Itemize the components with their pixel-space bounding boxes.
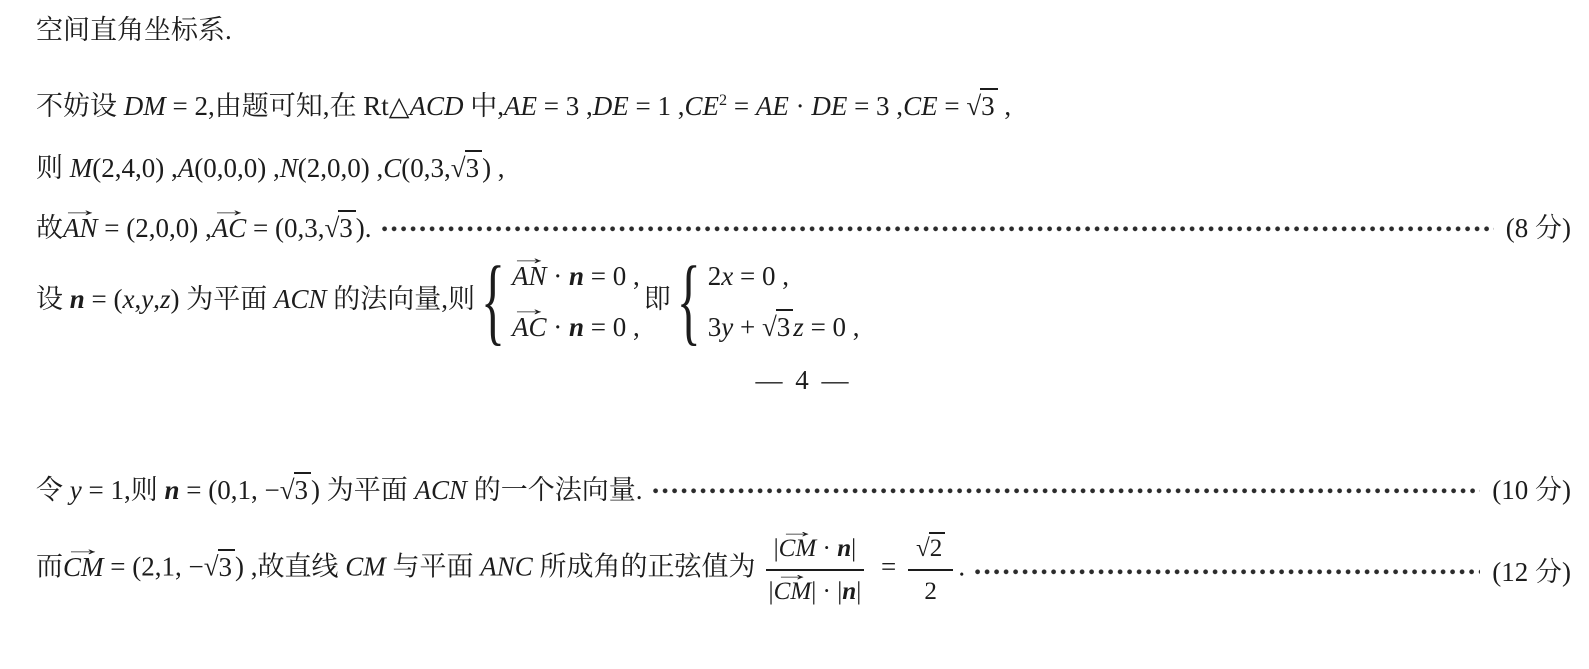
radical-sign: √ bbox=[204, 552, 218, 582]
text-run: ) , bbox=[482, 153, 505, 183]
math-variable: CE bbox=[684, 91, 719, 121]
sqrt-expression: √3 bbox=[451, 150, 482, 183]
text-run: = bbox=[938, 91, 967, 121]
math-variable: DE bbox=[593, 91, 629, 121]
vector-arrow-icon: → bbox=[509, 300, 550, 319]
math-variable: ACD bbox=[410, 91, 464, 121]
math-vector: →CM bbox=[774, 576, 812, 607]
math-vector: →AC bbox=[512, 312, 547, 343]
text-run: = 0 , bbox=[584, 261, 640, 291]
line-normal-vector-result-10pts: 令 y = 1,则 n = (0,1, −√3) 为平面 ACN 的一个法向量.… bbox=[36, 468, 1571, 507]
line-sine-result-12pts: 而→CM = (2,1, −√3) ,故直线 CM 与平面 ANC 所成角的正弦… bbox=[36, 531, 1571, 608]
text-run: ). bbox=[356, 213, 372, 243]
text-run: (0,0,0) , bbox=[194, 153, 279, 183]
math-bold-variable: n bbox=[837, 535, 851, 562]
vector-arrow-icon: → bbox=[773, 565, 811, 583]
math-variable: A bbox=[178, 153, 195, 183]
text-run: 而 bbox=[36, 552, 63, 582]
text-run: ) ,故直线 bbox=[235, 552, 345, 582]
radical-sign: √ bbox=[966, 91, 980, 121]
text-run: = (0,3, bbox=[246, 213, 324, 243]
text-run: , bbox=[998, 91, 1012, 121]
score-marker: (8 分) bbox=[1506, 206, 1571, 245]
math-bold-variable: n bbox=[842, 578, 856, 605]
dotted-leader bbox=[382, 226, 1494, 232]
text-run: = (2,1, − bbox=[104, 552, 204, 582]
math-variable: y bbox=[70, 475, 82, 505]
text-run: 的法向量,则 bbox=[327, 284, 476, 314]
score-marker: (12 分) bbox=[1492, 550, 1571, 589]
math-variable: x bbox=[123, 284, 135, 314]
text-run: · bbox=[547, 261, 570, 291]
line-vectors-8pts: 故→AN = (2,0,0) ,→AC = (0,3,√3).(8 分) bbox=[36, 206, 1571, 245]
text-run: | · | bbox=[811, 578, 842, 605]
text-run: 中, bbox=[464, 91, 505, 121]
fraction-denominator: 2 bbox=[916, 571, 945, 607]
text-run: (2,0,0) , bbox=[298, 153, 383, 183]
radicand: 2 bbox=[929, 532, 946, 562]
text-run: = 0 , bbox=[804, 312, 860, 342]
vector-arrow-icon: → bbox=[60, 201, 101, 220]
sqrt-expression: √3 bbox=[762, 309, 793, 342]
radicand: 3 bbox=[294, 472, 312, 505]
line-content: 令 y = 1,则 n = (0,1, −√3) 为平面 ACN 的一个法向量. bbox=[36, 468, 643, 507]
radicand: 3 bbox=[776, 309, 794, 342]
math-variable: z bbox=[793, 312, 804, 342]
line-content: 不妨设 DM = 2,由题可知,在 Rt△ACD 中,AE = 3 ,DE = … bbox=[36, 84, 1011, 123]
text-run: · bbox=[816, 535, 837, 562]
text-run: = 3 , bbox=[537, 91, 593, 121]
superscript: 2 bbox=[719, 91, 727, 109]
score-marker: (10 分) bbox=[1492, 468, 1571, 507]
math-vector: →CM bbox=[779, 533, 817, 564]
math-variable: DM bbox=[124, 91, 166, 121]
equation-row: →AC · n = 0 , bbox=[512, 312, 640, 343]
math-vector: →CM bbox=[63, 552, 104, 583]
sqrt-expression: √3 bbox=[324, 210, 355, 243]
text-run: = 2,由题可知,在 Rt△ bbox=[166, 91, 410, 121]
radicand: 3 bbox=[465, 150, 483, 183]
text-run: = ( bbox=[85, 284, 123, 314]
text-run: 令 bbox=[36, 475, 70, 505]
text-run: = 1,则 bbox=[82, 475, 165, 505]
equation-rows: 2x = 0 ,3y + √3z = 0 , bbox=[708, 261, 860, 343]
sqrt-expression: √3 bbox=[280, 472, 311, 505]
text-run: = 3 , bbox=[847, 91, 903, 121]
math-bold-variable: n bbox=[569, 312, 584, 342]
text-run: = 0 , bbox=[584, 312, 640, 342]
document-page: 空间直角坐标系.不妨设 DM = 2,由题可知,在 Rt△ACD 中,AE = … bbox=[0, 0, 1589, 669]
solution-lines-bottom: 令 y = 1,则 n = (0,1, −√3) 为平面 ACN 的一个法向量.… bbox=[36, 468, 1571, 608]
math-variable: C bbox=[383, 153, 401, 183]
radical-sign: √ bbox=[762, 312, 776, 342]
text-run: 与平面 bbox=[386, 552, 481, 582]
text-run: 设 bbox=[36, 284, 70, 314]
text-run: · bbox=[789, 91, 812, 121]
text-run: = bbox=[874, 552, 903, 582]
math-variable: DE bbox=[811, 91, 847, 121]
text-run: ) 为平面 bbox=[311, 475, 415, 505]
equation-rows: →AN · n = 0 ,→AC · n = 0 , bbox=[512, 261, 640, 343]
math-variable: y bbox=[721, 312, 733, 342]
fraction: |→CM · n||→CM| · |n| bbox=[761, 531, 870, 608]
text-run: 2 bbox=[708, 261, 722, 291]
fraction: √22 bbox=[908, 531, 953, 608]
equation-row: 3y + √3z = 0 , bbox=[708, 312, 860, 343]
vector-arrow-icon: → bbox=[63, 540, 104, 559]
line-setup: 不妨设 DM = 2,由题可知,在 Rt△ACD 中,AE = 3 ,DE = … bbox=[36, 84, 1571, 123]
math-bold-variable: n bbox=[569, 261, 584, 291]
math-variable: y bbox=[141, 284, 153, 314]
fraction-denominator: |→CM| · |n| bbox=[761, 571, 870, 607]
math-variable: M bbox=[70, 153, 93, 183]
equation-row: 2x = 0 , bbox=[708, 261, 860, 292]
math-bold-variable: n bbox=[70, 284, 85, 314]
math-variable: AE bbox=[504, 91, 537, 121]
text-run: 不妨设 bbox=[36, 91, 124, 121]
text-run: . bbox=[958, 552, 965, 582]
line-content: 则 M(2,4,0) ,A(0,0,0) ,N(2,0,0) ,C(0,3,√3… bbox=[36, 146, 505, 185]
vector-arrow-icon: → bbox=[778, 522, 816, 540]
text-run: = (2,0,0) , bbox=[98, 213, 212, 243]
math-vector: →AN bbox=[63, 213, 98, 244]
solution-lines-top: 空间直角坐标系.不妨设 DM = 2,由题可知,在 Rt△ACD 中,AE = … bbox=[36, 8, 1571, 343]
math-variable: N bbox=[280, 153, 298, 183]
dotted-leader bbox=[975, 569, 1480, 575]
math-variable: z bbox=[160, 284, 171, 314]
math-vector: →AN bbox=[512, 261, 547, 292]
text-run: = (0,1, − bbox=[180, 475, 280, 505]
sqrt-expression: √3 bbox=[204, 549, 235, 582]
radicand: 3 bbox=[980, 88, 998, 121]
text-run: 2 bbox=[924, 578, 937, 605]
text-run: 空间直角坐标系. bbox=[36, 15, 232, 45]
line-normal-vector-system: 设 n = (x,y,z) 为平面 ACN 的法向量,则{→AN · n = 0… bbox=[36, 261, 1571, 343]
text-run: 所成角的正弦值为 bbox=[533, 552, 756, 582]
equation-system: {→AN · n = 0 ,→AC · n = 0 , bbox=[481, 261, 640, 343]
math-variable: ACN bbox=[274, 284, 327, 314]
line-content: 而→CM = (2,1, −√3) ,故直线 CM 与平面 ANC 所成角的正弦… bbox=[36, 531, 965, 608]
text-run: = 1 , bbox=[629, 91, 685, 121]
text-run: + bbox=[733, 312, 762, 342]
math-variable: CM bbox=[345, 552, 386, 582]
text-run: = 0 , bbox=[733, 261, 789, 291]
radical-sign: √ bbox=[451, 153, 465, 183]
math-variable: CE bbox=[903, 91, 938, 121]
text-run: (2,4,0) , bbox=[92, 153, 177, 183]
math-bold-variable: n bbox=[164, 475, 179, 505]
radical-sign: √ bbox=[324, 213, 338, 243]
fraction-numerator: √2 bbox=[908, 531, 953, 571]
line-coordinate-system: 空间直角坐标系. bbox=[36, 8, 1571, 47]
text-run: 3 bbox=[708, 312, 722, 342]
math-vector: →AC bbox=[212, 213, 247, 244]
math-variable: ANC bbox=[480, 552, 533, 582]
line-points: 则 M(2,4,0) ,A(0,0,0) ,N(2,0,0) ,C(0,3,√3… bbox=[36, 146, 1571, 185]
math-variable: ACN bbox=[415, 475, 468, 505]
left-brace: { bbox=[677, 253, 701, 350]
math-variable: x bbox=[721, 261, 733, 291]
text-run: · bbox=[547, 312, 570, 342]
radicand: 3 bbox=[338, 210, 356, 243]
line-content: 故→AN = (2,0,0) ,→AC = (0,3,√3). bbox=[36, 206, 372, 245]
vector-arrow-icon: → bbox=[509, 249, 550, 268]
math-variable: AE bbox=[756, 91, 789, 121]
page-number: — 4 — bbox=[36, 365, 1571, 396]
text-run: , bbox=[153, 284, 160, 314]
equation-system: {2x = 0 ,3y + √3z = 0 , bbox=[677, 261, 860, 343]
radical-sign: √ bbox=[280, 475, 294, 505]
radical-sign: √ bbox=[916, 535, 929, 562]
text-run: = bbox=[727, 91, 756, 121]
text-run: | bbox=[851, 535, 856, 562]
text-run: 的一个法向量. bbox=[467, 475, 643, 505]
radicand: 3 bbox=[218, 549, 236, 582]
vector-arrow-icon: → bbox=[209, 201, 250, 220]
text-run: 即 bbox=[644, 284, 671, 314]
text-run: 则 bbox=[36, 153, 70, 183]
text-run: ) 为平面 bbox=[170, 284, 274, 314]
equation-row: →AN · n = 0 , bbox=[512, 261, 640, 292]
text-run: | bbox=[856, 578, 861, 605]
line-content: 设 n = (x,y,z) 为平面 ACN 的法向量,则{→AN · n = 0… bbox=[36, 261, 864, 343]
text-run: (0,3, bbox=[401, 153, 451, 183]
sqrt-expression: √2 bbox=[916, 532, 945, 562]
sqrt-expression: √3 bbox=[966, 88, 997, 121]
line-content: 空间直角坐标系. bbox=[36, 8, 232, 47]
dotted-leader bbox=[653, 488, 1481, 494]
left-brace: { bbox=[481, 253, 505, 350]
